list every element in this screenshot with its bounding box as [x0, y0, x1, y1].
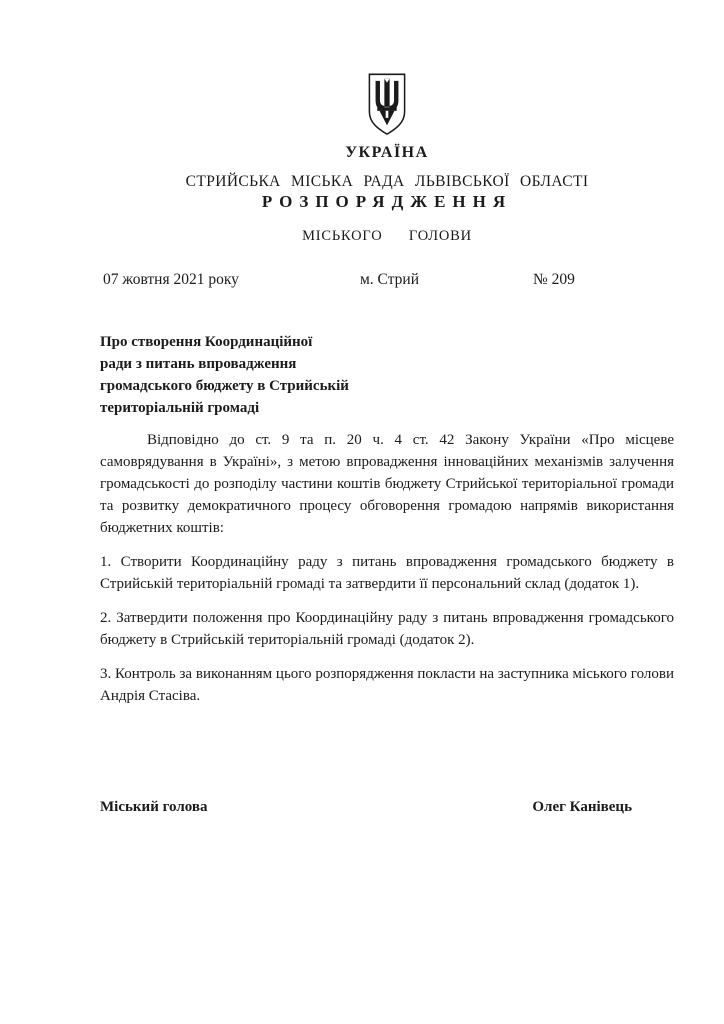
- emblem-block: УКРАЇНА: [100, 0, 674, 162]
- order-item-3: 3. Контроль за виконанням цього розпоряд…: [100, 663, 674, 707]
- order-item-1: 1. Створити Координаційну раду з питань …: [100, 551, 674, 595]
- ukraine-coat-of-arms-icon: [365, 123, 409, 140]
- signature-name: Олег Канівець: [532, 799, 632, 816]
- order-item-2: 2. Затвердити положення про Координаційн…: [100, 607, 674, 651]
- document-type-title: РОЗПОРЯДЖЕННЯ: [100, 192, 674, 212]
- signature-row: Міський голова Олег Канівець: [100, 799, 674, 816]
- organization-name: СТРИЙСЬКА МІСЬКА РАДА ЛЬВІВСЬКОЇ ОБЛАСТІ: [100, 173, 674, 191]
- document-content: УКРАЇНА СТРИЙСЬКА МІСЬКА РАДА ЛЬВІВСЬКОЇ…: [100, 0, 674, 816]
- document-place: м. Стрий: [360, 271, 419, 289]
- document-date: 07 жовтня 2021 року: [103, 271, 239, 289]
- document-page: УКРАЇНА СТРИЙСЬКА МІСЬКА РАДА ЛЬВІВСЬКОЇ…: [0, 0, 724, 1024]
- subject-title: Про створення Координаційної ради з пита…: [100, 331, 674, 419]
- intro-paragraph: Відповідно до ст. 9 та п. 20 ч. 4 ст. 42…: [100, 429, 674, 539]
- meta-line: 07 жовтня 2021 року м. Стрий № 209: [100, 271, 674, 291]
- country-name: УКРАЇНА: [100, 144, 674, 162]
- document-number: № 209: [533, 271, 575, 289]
- signature-position: Міський голова: [100, 799, 207, 816]
- document-subtitle: МІСЬКОГО ГОЛОВИ: [100, 228, 674, 245]
